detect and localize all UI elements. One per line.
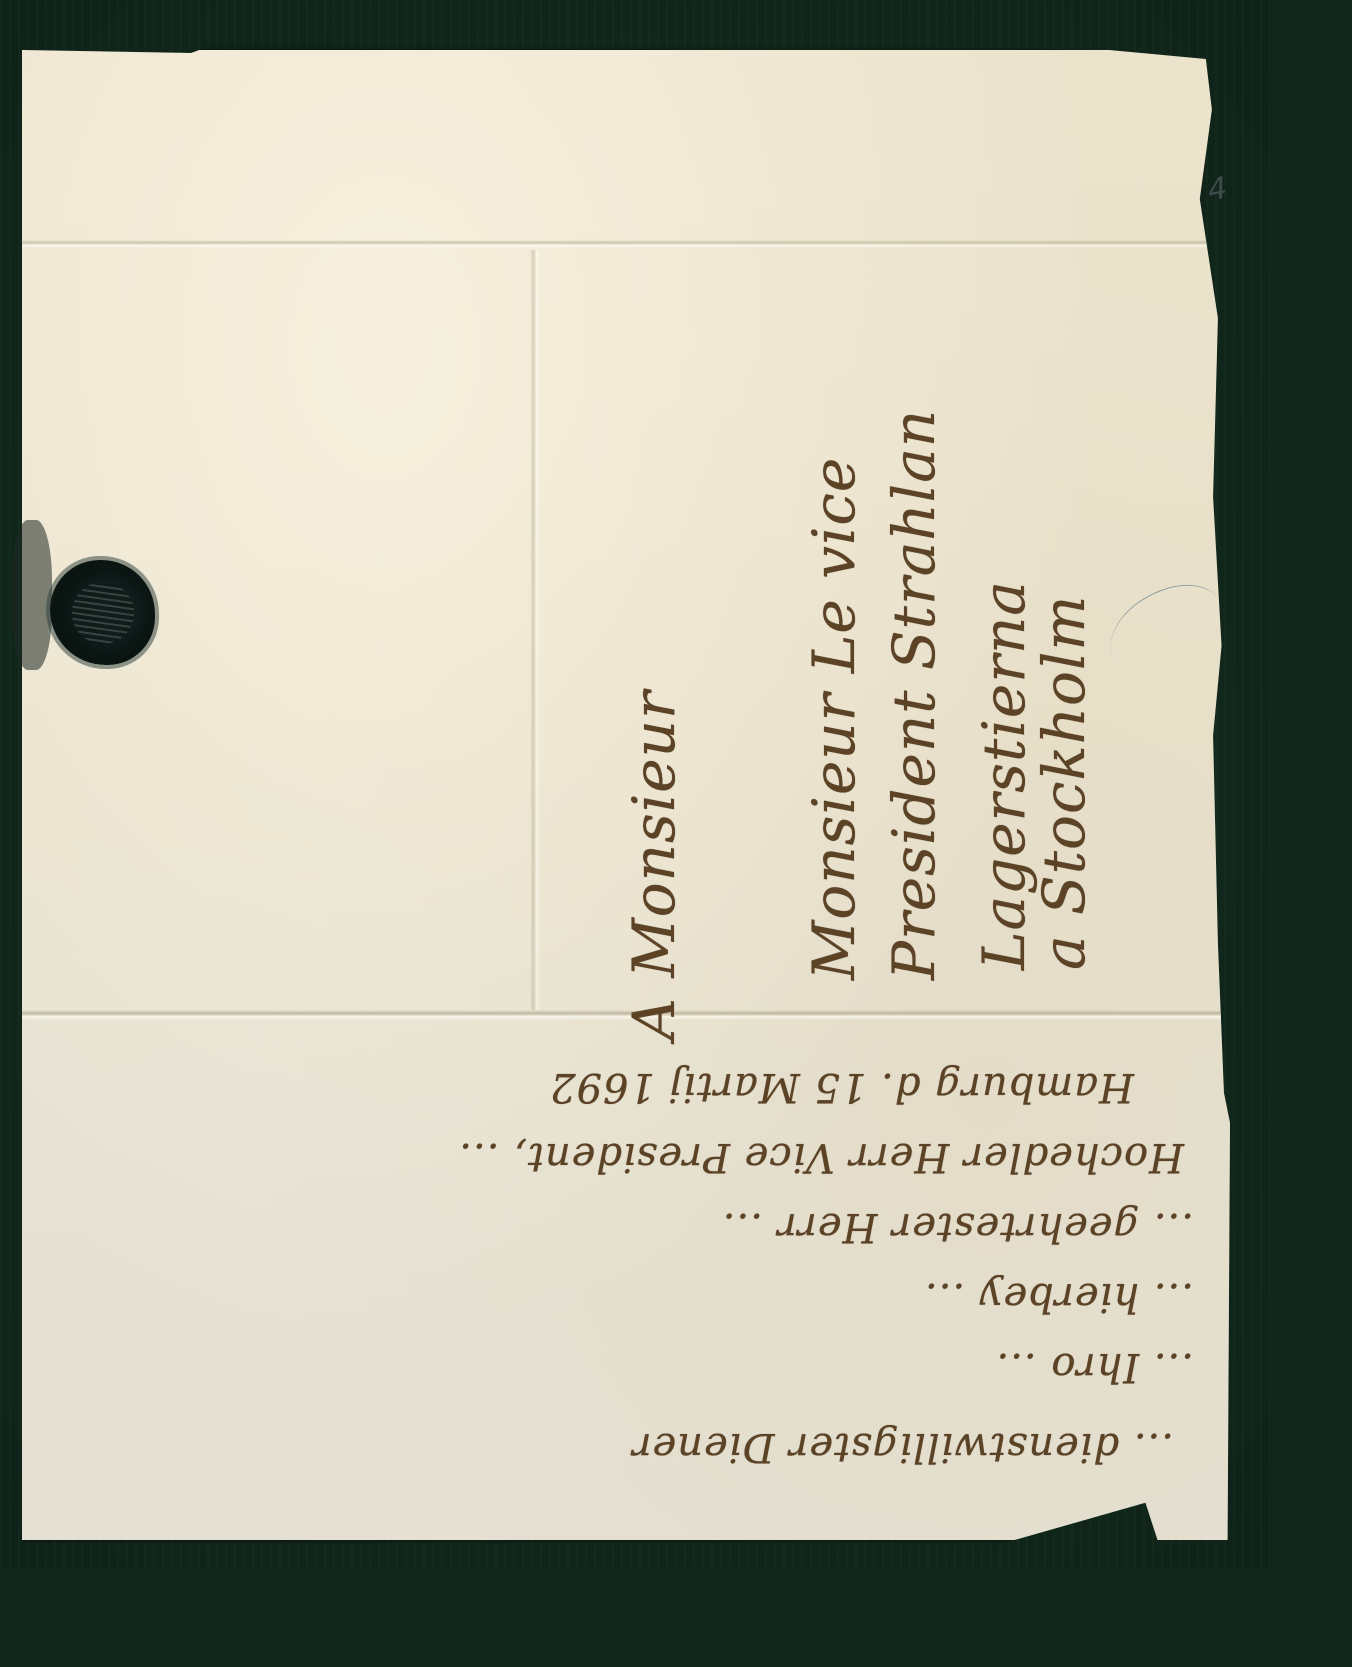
address-line-name: President Strahlan (880, 409, 948, 980)
address-line-city: a Stockholm (1030, 595, 1098, 970)
address-line-salutation: A Monsieur (620, 690, 688, 1040)
fold-crease-top (22, 240, 1230, 248)
seal-residue (12, 520, 52, 670)
dateline: Hamburg d. 15 Martij 1692 (549, 1064, 1134, 1110)
fold-crease-vertical (530, 250, 540, 1010)
address-line-surname: Lagerstierna (970, 580, 1038, 970)
letter-line: ... hierbey ... (924, 1274, 1194, 1320)
letter-text-upside-down: Hamburg d. 15 Martij 1692 Hochedler Herr… (44, 1040, 1194, 1510)
paper-tear (1097, 573, 1236, 687)
address-line-title: Monsieur Le vice (800, 457, 868, 980)
letter-line: ... Ihro ... (996, 1344, 1194, 1390)
letter-line: ... dienstwilligster Diener (631, 1424, 1174, 1470)
seal-imprint-icon (72, 582, 134, 644)
letter-line: Hochedler Herr Vice President, ... (458, 1134, 1184, 1180)
letter-line: ... geehrtester Herr ... (722, 1204, 1194, 1250)
